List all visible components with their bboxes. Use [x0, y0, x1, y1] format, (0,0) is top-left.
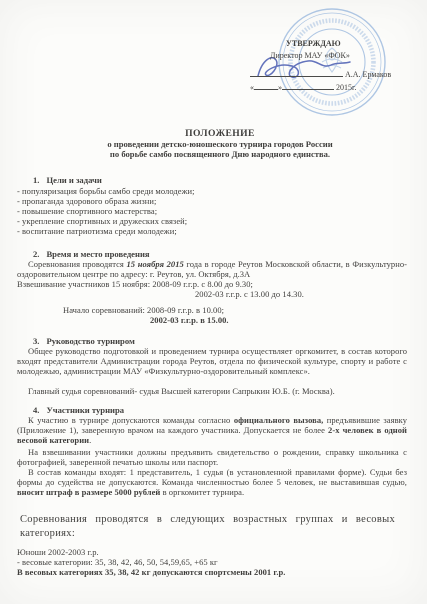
- list-item: - укрепление спортивных и дружеских связ…: [17, 216, 407, 226]
- start-times-block: Начало соревнований: 2008-09 г.г.р. в 10…: [17, 305, 407, 325]
- approval-signature-row: А.А. Ермаков: [250, 68, 410, 81]
- section-1-list: - популяризация борьбы самбо среди молод…: [17, 186, 407, 236]
- doc-title-main: ПОЛОЖЕНИЕ: [30, 128, 410, 139]
- section-2-body: Соревнования проводятся 15 ноября 2015 г…: [17, 259, 407, 299]
- categories-block: Юноши 2002-2003 г.р. - весовые категории…: [17, 547, 407, 577]
- paragraph: В состав команды входят: 1 представитель…: [17, 467, 407, 497]
- categories-note: В весовых категориях 35, 38, 42 кг допус…: [17, 567, 407, 577]
- signature-line: [250, 68, 343, 77]
- categories-group: Юноши 2002-2003 г.р.: [17, 547, 407, 557]
- section-2-number: 2.: [33, 249, 39, 259]
- section-2-title: Время и место проведения: [46, 249, 149, 259]
- para-run: в оргкомитет турнира.: [160, 487, 244, 497]
- approval-director-label: Директор МАУ «ФОК»: [250, 50, 410, 62]
- para-run-bold: официального вызова,: [234, 415, 323, 425]
- section-2-heading: 2.Время и место проведения: [17, 249, 407, 259]
- section-1-heading: 1.Цели и задачи: [17, 175, 407, 185]
- list-item: - воспитание патриотизма среди молодежи;: [17, 226, 407, 236]
- date-month-blank: [282, 81, 334, 90]
- list-item: - повышение спортивного мастерства;: [17, 206, 407, 216]
- section-4-heading: 4.Участники турнира: [17, 405, 407, 415]
- document-page: УТВЕРЖДАЮ Директор МАУ «ФОК» А.А. Ермако…: [0, 0, 427, 604]
- paragraph: На взвешивании участники должны предъяви…: [17, 447, 407, 467]
- section-3-number: 3.: [33, 336, 39, 346]
- approval-block: УТВЕРЖДАЮ Директор МАУ «ФОК» А.А. Ермако…: [250, 38, 410, 93]
- section-3-heading: 3.Руководство турниром: [17, 336, 407, 346]
- paragraph: Главный судья соревнований- судья Высшей…: [17, 386, 407, 396]
- para-run: Соревнования проводятся: [28, 259, 127, 269]
- para-run: .: [89, 435, 91, 445]
- para-run-bold: вносит штраф в размере 5000 рублей: [17, 487, 160, 497]
- para-run: К участию в турнире допускаются команды …: [28, 415, 234, 425]
- para-run: В состав команды входят: 1 представитель…: [17, 467, 407, 487]
- section-3-title: Руководство турниром: [46, 336, 134, 346]
- list-item: - пропаганда здорового образа жизни;: [17, 196, 407, 206]
- paragraph: Соревнования проводятся 15 ноября 2015 г…: [17, 259, 407, 279]
- date-day-blank: [254, 81, 278, 90]
- doc-title: ПОЛОЖЕНИЕ о проведении детско-юношеского…: [30, 128, 410, 159]
- categories-intro: Соревнования проводятся в следующих возр…: [20, 513, 395, 540]
- doc-title-sub-1: о проведении детско-юношеского турнира г…: [30, 139, 410, 149]
- paragraph: Общее руководство подготовкой и проведен…: [17, 346, 407, 376]
- weighin-line-2: 2002-03 г.г.р. с 13.00 до 14.30.: [195, 289, 407, 299]
- categories-weights: - весовые категории: 35, 38, 42, 46, 50,…: [17, 557, 407, 567]
- paragraph: К участию в турнире допускаются команды …: [17, 415, 407, 445]
- approval-name: А.А. Ермаков: [345, 70, 391, 79]
- section-1-number: 1.: [33, 175, 39, 185]
- para-run-bold-italic: 15 ноября 2015: [127, 259, 184, 269]
- section-1-title: Цели и задачи: [46, 175, 101, 185]
- doc-title-sub-2: по борьбе самбо посвященного Дню народно…: [30, 149, 410, 159]
- approval-approve-label: УТВЕРЖДАЮ: [250, 38, 410, 50]
- section-4-number: 4.: [33, 405, 39, 415]
- approval-year: 2015г.: [336, 83, 356, 92]
- list-item: - популяризация борьбы самбо среди молод…: [17, 186, 407, 196]
- section-4-title: Участники турнира: [46, 405, 124, 415]
- weighin-line-1: Взвешивание участников 15 ноября: 2008-0…: [17, 279, 407, 289]
- start-line-1: Начало соревнований: 2008-09 г.г.р. в 10…: [63, 305, 407, 315]
- approval-date-row: «» 2015г.: [250, 81, 410, 94]
- start-line-2: 2002-03 г.г.р. в 15.00.: [150, 315, 407, 325]
